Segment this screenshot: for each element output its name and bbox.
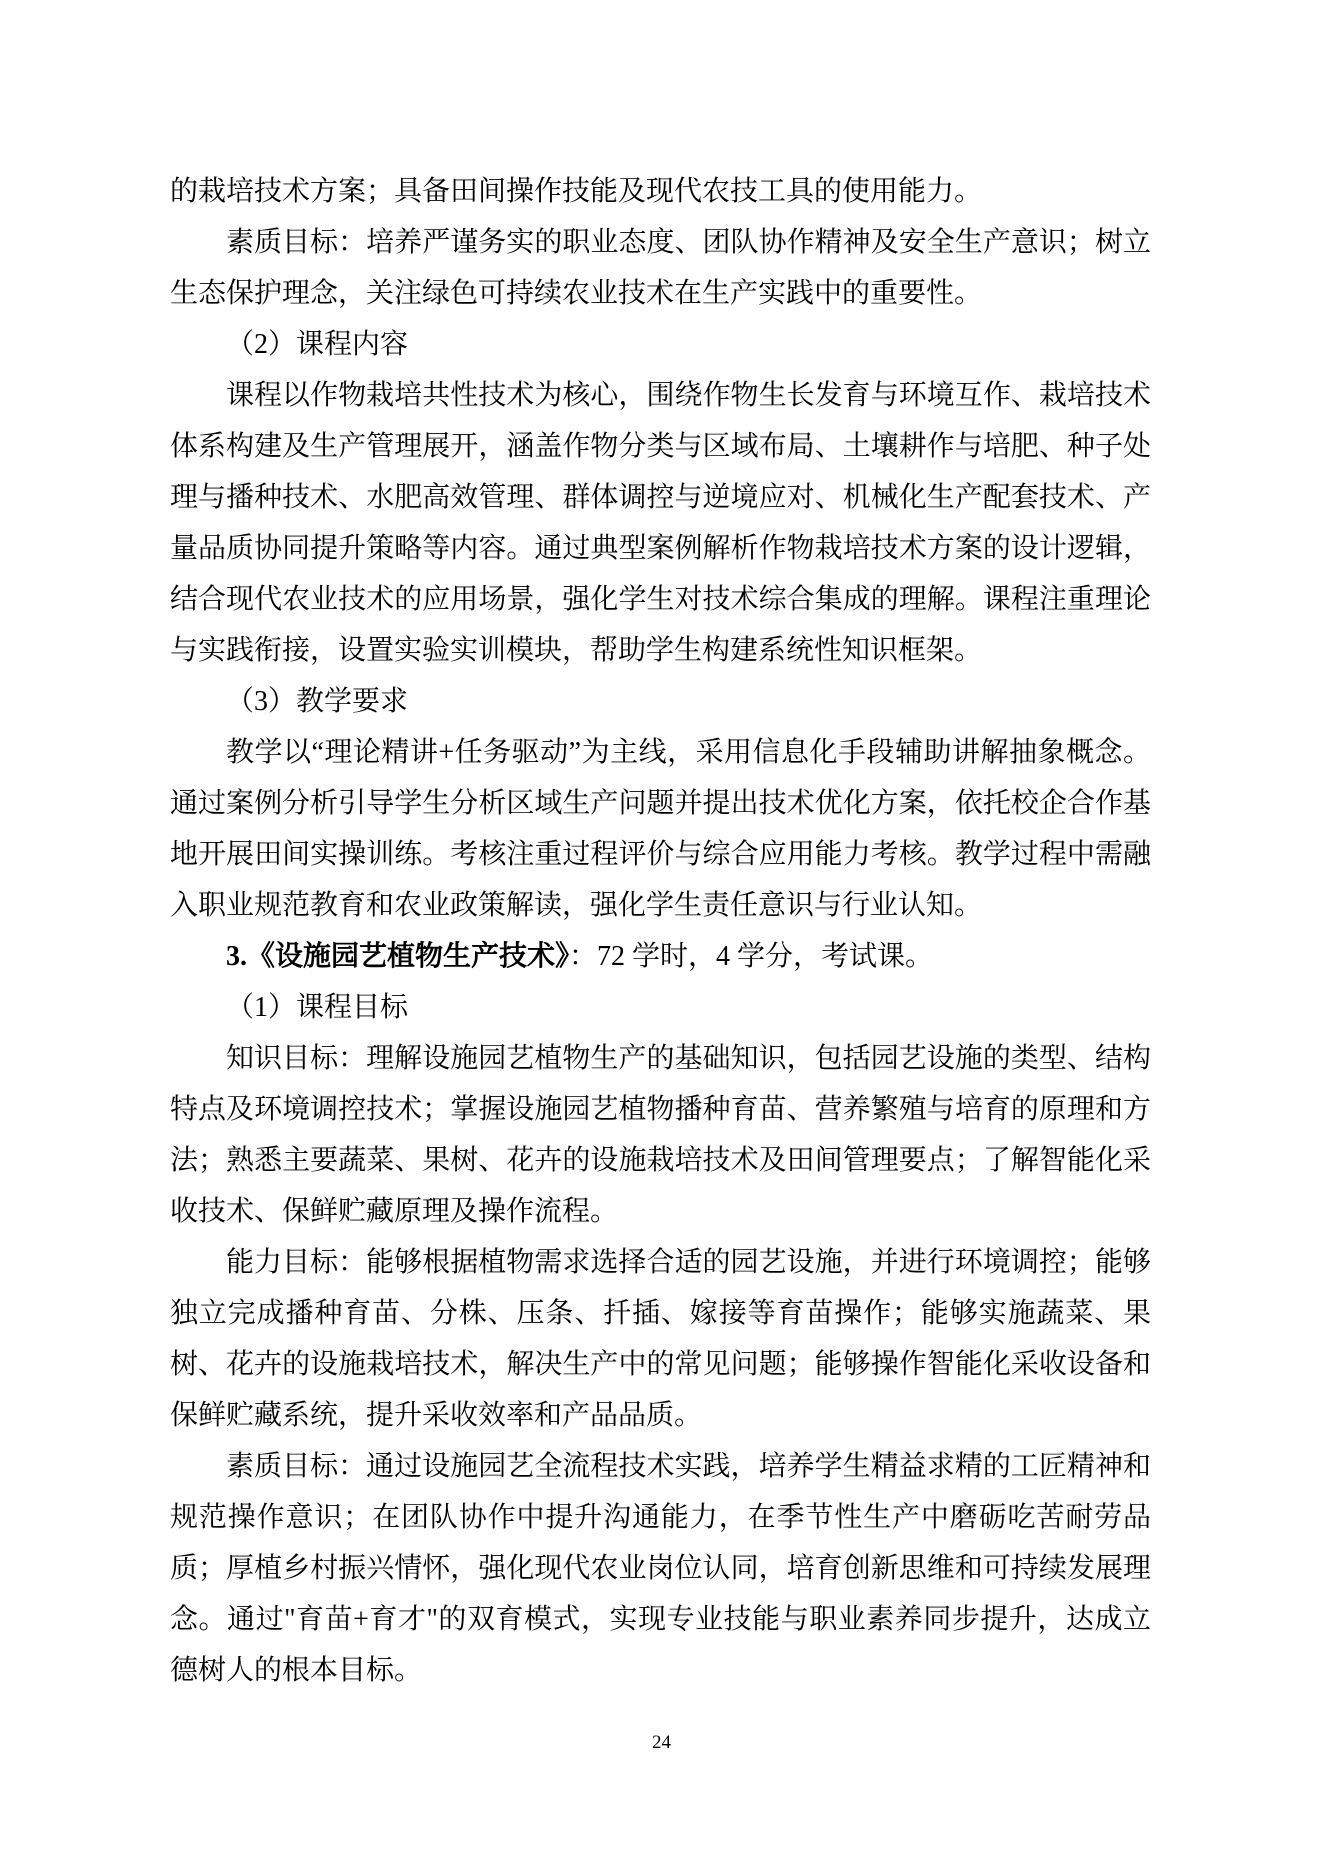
paragraph: 教学以“理论精讲+任务驱动”为主线，采用信息化手段辅助讲解抽象概念。通过案例分析… <box>170 727 1151 931</box>
text-run: 的栽培技术方案；具备田间操作技能及现代农技工具的使用能力。 <box>170 176 982 207</box>
text-run: 素质目标：通过设施园艺全流程技术实践，培养学生精益求精的工匠精神和规范操作意识；… <box>170 1451 1151 1686</box>
paragraph: （2）课程内容 <box>170 319 1151 370</box>
text-run: 能力目标：能够根据植物需求选择合适的园艺设施，并进行环境调控；能够独立完成播种育… <box>170 1247 1151 1431</box>
paragraph: 的栽培技术方案；具备田间操作技能及现代农技工具的使用能力。 <box>170 166 1151 217</box>
paragraph: （3）教学要求 <box>170 676 1151 727</box>
text-run: （2）课程内容 <box>226 329 408 360</box>
text-run: 课程以作物栽培共性技术为核心，围绕作物生长发育与环境互作、栽培技术体系构建及生产… <box>170 380 1151 666</box>
text-run: （3）教学要求 <box>226 686 408 717</box>
document-page: 的栽培技术方案；具备田间操作技能及现代农技工具的使用能力。素质目标：培养严谨务实… <box>0 0 1323 1871</box>
paragraph: 3.《设施园艺植物生产技术》：72 学时，4 学分，考试课。 <box>170 931 1151 982</box>
text-run: （1）课程目标 <box>226 992 408 1023</box>
paragraph: 素质目标：通过设施园艺全流程技术实践，培养学生精益求精的工匠精神和规范操作意识；… <box>170 1441 1151 1696</box>
text-run: ：72 学时，4 学分，考试课。 <box>569 941 933 972</box>
paragraph: 素质目标：培养严谨务实的职业态度、团队协作精神及安全生产意识；树立生态保护理念，… <box>170 217 1151 319</box>
text-run: 素质目标：培养严谨务实的职业态度、团队协作精神及安全生产意识；树立生态保护理念，… <box>170 227 1151 309</box>
text-run: 知识目标：理解设施园艺植物生产的基础知识，包括园艺设施的类型、结构特点及环境调控… <box>170 1043 1151 1227</box>
paragraph: 能力目标：能够根据植物需求选择合适的园艺设施，并进行环境调控；能够独立完成播种育… <box>170 1237 1151 1441</box>
page-number: 24 <box>0 1731 1323 1755</box>
paragraph: 课程以作物栽培共性技术为核心，围绕作物生长发育与环境互作、栽培技术体系构建及生产… <box>170 370 1151 676</box>
paragraph: 知识目标：理解设施园艺植物生产的基础知识，包括园艺设施的类型、结构特点及环境调控… <box>170 1033 1151 1237</box>
text-run: 教学以“理论精讲+任务驱动”为主线，采用信息化手段辅助讲解抽象概念。通过案例分析… <box>170 737 1151 921</box>
paragraph: （1）课程目标 <box>170 982 1151 1033</box>
document-body: 的栽培技术方案；具备田间操作技能及现代农技工具的使用能力。素质目标：培养严谨务实… <box>170 166 1151 1696</box>
bold-text-run: 3.《设施园艺植物生产技术》 <box>226 941 569 972</box>
